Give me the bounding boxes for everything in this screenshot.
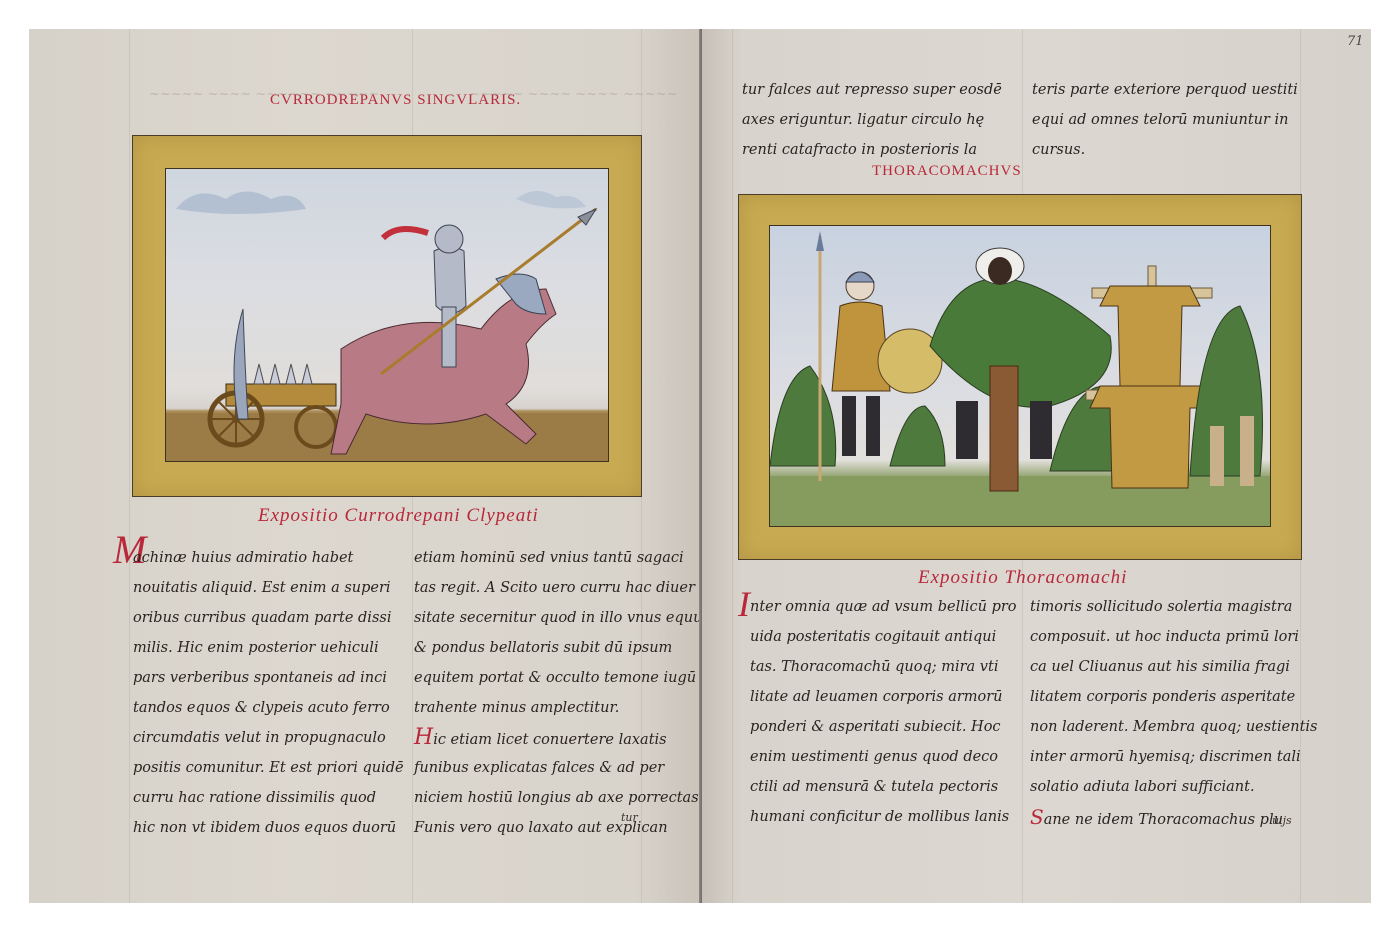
ruling-line — [732, 29, 733, 903]
text-line: inter armorū hyemisq; discrimen tali — [1030, 742, 1317, 772]
text-column-right-1: nter omnia quæ ad vsum bellicū pro uida … — [750, 592, 1017, 832]
illustration-frame — [132, 135, 642, 497]
text-column-right-2: timoris sollicitudo solertia magistra co… — [1030, 592, 1317, 832]
text-line: cursus. — [1032, 135, 1298, 165]
text-column-left-2: etiam hominū sed vnius tantū sagaci tas … — [414, 543, 702, 843]
text-line-rest: ic etiam licet conuertere laxatis — [433, 732, 666, 748]
text-column-left-1: achinæ huius admiratio habet nouitatis a… — [133, 543, 404, 843]
left-page: ~~~~~ ~~~~ ~~~~~~ ~~~~~ ~~~~~ ~~~~ ~~~~ … — [29, 29, 702, 903]
paragraph-initial: S — [1030, 805, 1044, 829]
text-line: non laderent. Membra quoq; uestientis — [1030, 712, 1317, 742]
ruling-line — [129, 29, 130, 903]
text-line: Funis vero quo laxato aut explican — [414, 813, 702, 843]
paragraph-initial: H — [414, 725, 433, 750]
knight-chariot-illustration — [165, 168, 609, 462]
text-line: milis. Hic enim posterior uehiculi — [133, 633, 404, 663]
folio-number: 71 — [1347, 34, 1364, 49]
thoracomachus-illustration — [769, 225, 1271, 527]
text-line: enim uestimenti genus quod deco — [750, 742, 1017, 772]
catchword: uijs — [1272, 814, 1292, 827]
text-line: litatem corporis ponderis asperitate — [1030, 682, 1317, 712]
text-line: humani conficitur de mollibus lanis — [750, 802, 1017, 832]
text-line: ponderi & asperitati subiecit. Hoc — [750, 712, 1017, 742]
section-heading: Expositio Currodrepani Clypeati — [258, 505, 539, 527]
text-line: equi ad omnes telorū muniuntur in — [1032, 105, 1298, 135]
right-page: 71 tur falces aut represso super eosdē a… — [702, 29, 1371, 903]
text-line: trahente minus amplectitur. — [414, 693, 702, 723]
text-line: ctili ad mensurā & tutela pectoris — [750, 772, 1017, 802]
illustration-frame — [738, 194, 1302, 560]
soldier-trees-icon — [770, 226, 1270, 526]
manuscript-spread: ~~~~~ ~~~~ ~~~~~~ ~~~~~ ~~~~~ ~~~~ ~~~~ … — [29, 29, 1371, 903]
text-line: litate ad leuamen corporis armorū — [750, 682, 1017, 712]
text-line: sitate secernitur quod in illo vnus equu… — [414, 603, 702, 633]
decorated-initial: I — [738, 583, 750, 625]
text-line: nter omnia quæ ad vsum bellicū pro — [750, 592, 1017, 622]
text-line: equitem portat & occulto temone iugū — [414, 663, 702, 693]
text-line: etiam hominū sed vnius tantū sagaci — [414, 543, 702, 573]
text-line: axes eriguntur. ligatur circulo hę — [742, 105, 1002, 135]
text-line: composuit. ut hoc inducta primū lori — [1030, 622, 1317, 652]
catchword: tur — [621, 811, 638, 824]
page-title: THORACOMACHVS — [872, 163, 1022, 180]
section-heading: Expositio Thoracomachi — [918, 567, 1127, 589]
text-line: positis comunitur. Et est priori quidē — [133, 753, 404, 783]
text-line: uida posteritatis cogitauit antiqui — [750, 622, 1017, 652]
text-line: niciem hostiū longius ab axe porrectas — [414, 783, 702, 813]
text-line: timoris sollicitudo solertia magistra — [1030, 592, 1317, 622]
text-line: hic non vt ibidem duos equos duorū — [133, 813, 404, 843]
text-line: solatio adiuta labori sufficiant. — [1030, 772, 1317, 802]
text-line: teris parte exteriore perquod uestiti — [1032, 75, 1298, 105]
text-line: tas regit. A Scito uero curru hac diuer — [414, 573, 702, 603]
text-line: nouitatis aliquid. Est enim a superi — [133, 573, 404, 603]
text-line: circumdatis velut in propugnaculo — [133, 723, 404, 753]
page-title: CVRRODREPANVS SINGVLARIS. — [270, 92, 521, 109]
text-line: tas. Thoracomachū quoq; mira vti — [750, 652, 1017, 682]
text-line: curru hac ratione dissimilis quod — [133, 783, 404, 813]
text-column-right-top-1: tur falces aut represso super eosdē axes… — [742, 75, 1002, 165]
text-line-rest: ane ne idem Thoracomachus plu — [1044, 812, 1283, 828]
text-line: funibus explicatas falces & ad per — [414, 753, 702, 783]
knight-chariot-icon — [166, 169, 608, 461]
text-line: oribus curribus quadam parte dissi — [133, 603, 404, 633]
text-line: Hic etiam licet conuertere laxatis — [414, 723, 702, 753]
text-line: & pondus bellatoris subit dū ipsum — [414, 633, 702, 663]
text-line: ca uel Cliuanus aut his similia fragi — [1030, 652, 1317, 682]
text-line: tandos equos & clypeis acuto ferro — [133, 693, 404, 723]
text-line: achinæ huius admiratio habet — [133, 543, 404, 573]
text-line: pars verberibus spontaneis ad inci — [133, 663, 404, 693]
text-column-right-top-2: teris parte exteriore perquod uestiti eq… — [1032, 75, 1298, 165]
text-line: renti catafracto in posterioris la — [742, 135, 1002, 165]
text-line: tur falces aut represso super eosdē — [742, 75, 1002, 105]
